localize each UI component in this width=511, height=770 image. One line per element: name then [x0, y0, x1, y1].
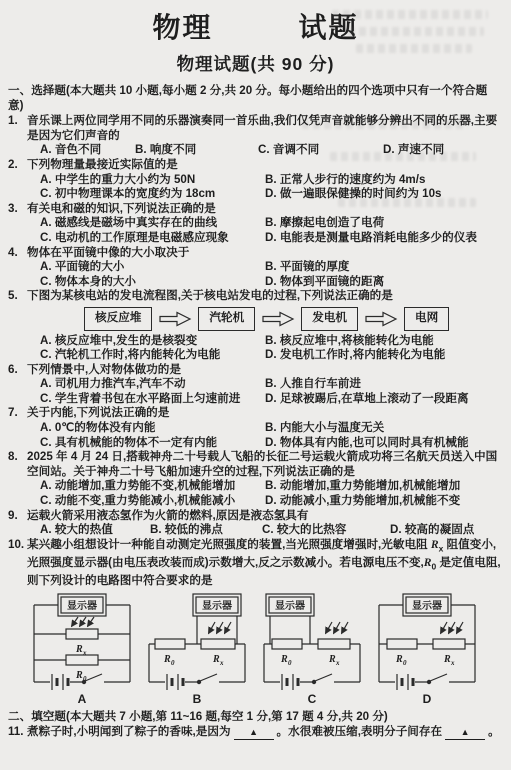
circuit-label-d: D: [371, 692, 483, 707]
blank-marker: ▲: [461, 727, 470, 737]
question-text: 下列物理量最接近实际值的是: [27, 158, 501, 173]
question-4: 4. 物体在平面镜中像的大小取决于 A. 平面镜的大小 B. 平面镜的厚度 C.…: [8, 246, 501, 290]
flowchart-box-generator: 发电机: [301, 307, 358, 331]
page-title: 物理 试题: [0, 0, 511, 46]
power-plant-flowchart: 核反应堆 汽轮机 发电机 电网: [84, 307, 501, 331]
option: A. 较大的热值: [40, 523, 150, 538]
question-4-options: A. 平面镜的大小 B. 平面镜的厚度 C. 物体本身的大小 D. 物体到平面镜…: [40, 260, 501, 289]
option: B. 正常人步行的速度约为 4m/s: [265, 173, 501, 188]
option: D. 做一遍眼保健操的时间约为 10s: [265, 187, 501, 202]
display-label: 显示器: [67, 599, 97, 612]
option: A. 司机用力推汽车,汽车不动: [40, 377, 265, 392]
option: D. 声速不同: [383, 143, 501, 158]
exam-content: 一、选择题(本大题共 10 小题,每小题 2 分,共 20 分。每小题给出的四个…: [0, 76, 511, 740]
option: D. 物体到平面镜的距离: [265, 275, 501, 290]
question-number: 9.: [8, 509, 18, 524]
flowchart-box-reactor: 核反应堆: [84, 307, 152, 331]
rx-sub: x: [450, 659, 455, 667]
option: C. 电动机的工作原理是电磁感应现象: [40, 231, 265, 246]
question-6-options: A. 司机用力推汽车,汽车不动 B. 人推自行车前进 C. 学生背着书包在水平路…: [40, 377, 501, 406]
option: D. 物体具有内能,也可以同时具有机械能: [265, 436, 501, 451]
option: C. 具有机械能的物体不一定有内能: [40, 436, 265, 451]
circuit-label-b: B: [141, 692, 253, 707]
option: A. 核反应堆中,发生的是核裂变: [40, 334, 265, 349]
display-label: 显示器: [412, 599, 442, 612]
option: C. 音调不同: [258, 143, 383, 158]
option: A. 磁感线是磁场中真实存在的曲线: [40, 216, 265, 231]
option: C. 物体本身的大小: [40, 275, 265, 290]
r0-label: R: [75, 670, 83, 681]
rx-label: R: [328, 654, 336, 665]
option: B. 核反应堆中,将核能转化为电能: [265, 334, 501, 349]
rx-label: R: [212, 654, 220, 665]
question-text: 2025 年 4 月 24 日,搭载神舟二十号载人飞船的长征二号运载火箭成功将三…: [27, 450, 501, 479]
question-6: 6. 下列情景中,人对物体做功的是 A. 司机用力推汽车,汽车不动 B. 人推自…: [8, 363, 501, 407]
question-number: 1.: [8, 114, 18, 129]
circuit-label-c: C: [256, 692, 368, 707]
r0-label: R: [163, 654, 171, 665]
r0-sub: 0: [288, 659, 292, 667]
circuit-option-a: 显示器 R x R 0 A: [26, 592, 138, 707]
question-number: 6.: [8, 363, 18, 378]
question-1: 1. 音乐课上两位同学用不同的乐器演奏同一首乐曲,我们仅凭声音就能够分辨出不同的…: [8, 114, 501, 158]
resistor-symbol: R: [431, 538, 439, 551]
question-number: 2.: [8, 158, 18, 173]
rx-sub: x: [219, 659, 224, 667]
question-7-options: A. 0℃的物体没有内能 B. 内能大小与温度无关 C. 具有机械能的物体不一定…: [40, 421, 501, 450]
question-text: 下列情景中,人对物体做功的是: [27, 363, 501, 378]
option: A. 平面镜的大小: [40, 260, 265, 275]
option: D. 足球被踢后,在草地上滚动了一段距离: [265, 392, 501, 407]
option: D. 动能减小,重力势能增加,机械能不变: [265, 494, 501, 509]
option: B. 动能增加,重力势能增加,机械能增加: [265, 479, 501, 494]
option: C. 动能不变,重力势能减小,机械能减小: [40, 494, 265, 509]
circuit-diagram-d: 显示器 R 0 R x: [371, 592, 483, 692]
rx-label: R: [443, 654, 451, 665]
question-number: 7.: [8, 406, 18, 421]
question-number: 4.: [8, 246, 18, 261]
question-5: 5. 下图为某核电站的发电流程图,关于核电站发电的过程,下列说法正确的是 核反应…: [8, 289, 501, 362]
rx-sub: x: [335, 659, 340, 667]
blank-marker: ▲: [249, 727, 258, 737]
flow-arrow-icon: [364, 311, 398, 327]
flow-arrow-icon: [158, 311, 192, 327]
question-text-segment: 。水很难被压缩,表明分子间存在: [277, 725, 443, 738]
r0-sub: 0: [171, 659, 175, 667]
option: A. 0℃的物体没有内能: [40, 421, 265, 436]
question-3-options: A. 磁感线是磁场中真实存在的曲线 B. 摩擦起电创造了电荷 C. 电动机的工作…: [40, 216, 501, 245]
question-8: 8. 2025 年 4 月 24 日,搭载神舟二十号载人飞船的长征二号运载火箭成…: [8, 450, 501, 508]
question-text: 煮粽子时,小明闻到了粽子的香味,是因为▲。水很难被压缩,表明分子间存在▲。: [27, 725, 501, 740]
question-1-options: A. 音色不同 B. 响度不同 C. 音调不同 D. 声速不同: [40, 143, 501, 158]
display-label: 显示器: [202, 599, 232, 612]
question-text: 有关电和磁的知识,下列说法正确的是: [27, 202, 501, 217]
exam-page: 物理 试题 物理试题(共 90 分) 一、选择题(本大题共 10 小题,每小题 …: [0, 0, 511, 770]
r0-label: R: [395, 654, 403, 665]
flowchart-box-grid: 电网: [404, 307, 449, 331]
question-text-segment: 某兴趣小组想设计一种能自动测定光照强度的装置,当光照强度增强时,光敏电阻: [27, 538, 431, 551]
option: B. 响度不同: [135, 143, 258, 158]
circuit-options-row: 显示器 R x R 0 A: [8, 588, 501, 707]
option: B. 内能大小与温度无关: [265, 421, 501, 436]
question-5-options: A. 核反应堆中,发生的是核裂变 B. 核反应堆中,将核能转化为电能 C. 汽轮…: [40, 334, 501, 363]
option: D. 发电机工作时,将内能转化为电能: [265, 348, 501, 363]
question-8-options: A. 动能增加,重力势能不变,机械能增加 B. 动能增加,重力势能增加,机械能增…: [40, 479, 501, 508]
question-text: 音乐课上两位同学用不同的乐器演奏同一首乐曲,我们仅凭声音就能够分辨出不同的乐器,…: [27, 114, 501, 143]
question-text: 关于内能,下列说法正确的是: [27, 406, 501, 421]
option: A. 动能增加,重力势能不变,机械能增加: [40, 479, 265, 494]
option: A. 中学生的重力大小约为 50N: [40, 173, 265, 188]
question-9: 9. 运载火箭采用液态氢作为火箭的燃料,原因是液态氢具有 A. 较大的热值 B.…: [8, 509, 501, 538]
circuit-option-b: 显示器 R 0 R x: [141, 592, 253, 707]
question-text: 某兴趣小组想设计一种能自动测定光照强度的装置,当光照强度增强时,光敏电阻 Rx …: [27, 538, 501, 588]
section-2-heading: 二、填空题(本大题共 7 小题,第 11~16 题,每空 1 分,第 17 题 …: [8, 710, 501, 725]
circuit-label-a: A: [26, 692, 138, 707]
flowchart-box-turbine: 汽轮机: [198, 307, 255, 331]
option: C. 学生背着书包在水平路面上匀速前进: [40, 392, 265, 407]
page-title-right: 试题: [299, 6, 359, 46]
question-9-options: A. 较大的热值 B. 较低的沸点 C. 较大的比热容 D. 较高的凝固点: [40, 523, 501, 538]
question-2: 2. 下列物理量最接近实际值的是 A. 中学生的重力大小约为 50N B. 正常…: [8, 158, 501, 202]
circuit-option-c: 显示器 R 0 R x: [256, 592, 368, 707]
fill-in-blank: ▲: [445, 727, 485, 740]
circuit-diagram-c: 显示器 R 0 R x: [256, 592, 368, 692]
option: C. 汽轮机工作时,将内能转化为电能: [40, 348, 265, 363]
question-number: 5.: [8, 289, 18, 304]
option: C. 较大的比热容: [262, 523, 390, 538]
option: B. 较低的沸点: [150, 523, 262, 538]
r0-label: R: [280, 654, 288, 665]
circuit-option-d: 显示器 R 0 R x D: [371, 592, 483, 707]
question-text: 运载火箭采用液态氢作为火箭的燃料,原因是液态氢具有: [27, 509, 501, 524]
option: C. 初中物理课本的宽度约为 18cm: [40, 187, 265, 202]
question-text-segment: 煮粽子时,小明闻到了粽子的香味,是因为: [27, 725, 231, 738]
option: A. 音色不同: [40, 143, 135, 158]
question-number: 11.: [8, 725, 23, 740]
option: B. 人推自行车前进: [265, 377, 501, 392]
circuit-diagram-a: 显示器 R x R 0: [26, 592, 138, 692]
option: B. 摩擦起电创造了电荷: [265, 216, 501, 231]
question-11: 11. 煮粽子时,小明闻到了粽子的香味,是因为▲。水很难被压缩,表明分子间存在▲…: [8, 725, 501, 740]
page-subtitle: 物理试题(共 90 分): [0, 51, 511, 76]
option: D. 电能表是测量电路消耗电能多少的仪表: [265, 231, 501, 246]
question-2-options: A. 中学生的重力大小约为 50N B. 正常人步行的速度约为 4m/s C. …: [40, 173, 501, 202]
fill-in-blank: ▲: [234, 727, 274, 740]
r0-sub: 0: [403, 659, 407, 667]
question-10: 10. 某兴趣小组想设计一种能自动测定光照强度的装置,当光照强度增强时,光敏电阻…: [8, 538, 501, 588]
flow-arrow-icon: [261, 311, 295, 327]
question-number: 8.: [8, 450, 18, 465]
question-text: 物体在平面镜中像的大小取决于: [27, 246, 501, 261]
question-text-segment: 。: [488, 725, 500, 738]
option: D. 较高的凝固点: [390, 523, 501, 538]
rx-label: R: [75, 644, 83, 655]
circuit-diagram-b: 显示器 R 0 R x: [141, 592, 253, 692]
resistor-symbol: R: [424, 556, 432, 569]
question-text: 下图为某核电站的发电流程图,关于核电站发电的过程,下列说法正确的是: [27, 289, 501, 304]
option: B. 平面镜的厚度: [265, 260, 501, 275]
question-3: 3. 有关电和磁的知识,下列说法正确的是 A. 磁感线是磁场中真实存在的曲线 B…: [8, 202, 501, 246]
display-label: 显示器: [275, 599, 305, 612]
question-number: 3.: [8, 202, 18, 217]
question-7: 7. 关于内能,下列说法正确的是 A. 0℃的物体没有内能 B. 内能大小与温度…: [8, 406, 501, 450]
section-1-heading: 一、选择题(本大题共 10 小题,每小题 2 分,共 20 分。每小题给出的四个…: [8, 84, 501, 113]
page-title-left: 物理: [152, 6, 212, 46]
question-number: 10.: [8, 538, 24, 553]
